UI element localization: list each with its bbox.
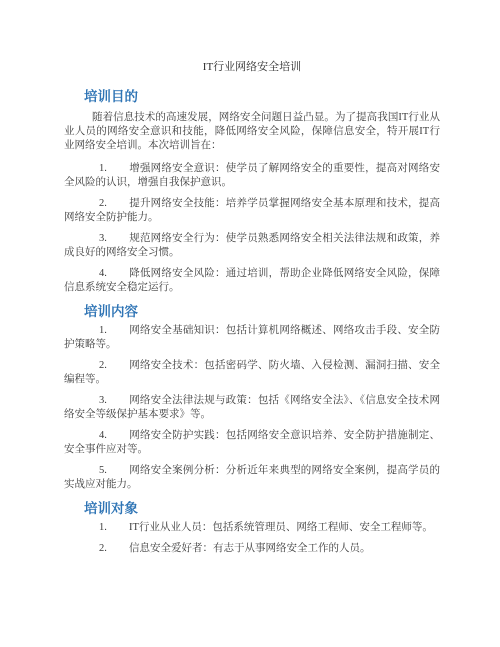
- document-title: IT行业网络安全培训: [64, 60, 440, 74]
- list-item: 2.提升网络安全技能：培养学员掌握网络安全基本原理和技术，提高网络安全防护能力。: [64, 197, 440, 225]
- intro-paragraph: 随着信息技术的高速发展，网络安全问题日益凸显。为了提高我国IT行业从业人员的网络…: [64, 111, 440, 153]
- list-number: 3.: [99, 394, 129, 408]
- list-number: 4.: [99, 429, 129, 443]
- list-item: 4.网络安全防护实践：包括网络安全意识培养、安全防护措施制定、安全事件应对等。: [64, 429, 440, 457]
- section-heading-content: 培训内容: [84, 303, 440, 320]
- list-number: 5.: [99, 464, 129, 478]
- list-item: 2.信息安全爱好者：有志于从事网络安全工作的人员。: [64, 542, 440, 556]
- list-item: 2.网络安全技术：包括密码学、防火墙、入侵检测、漏洞扫描、安全编程等。: [64, 359, 440, 387]
- section-training-audience: 培训对象 1.IT行业从业人员：包括系统管理员、网络工程师、安全工程师等。 2.…: [64, 500, 440, 556]
- list-number: 1.: [99, 521, 129, 535]
- list-number: 1.: [99, 324, 129, 338]
- list-item: 3.规范网络安全行为：使学员熟悉网络安全相关法律法规和政策，养成良好的网络安全习…: [64, 232, 440, 260]
- list-number: 3.: [99, 232, 129, 246]
- list-number: 4.: [99, 267, 129, 281]
- list-item: 4.降低网络安全风险：通过培训，帮助企业降低网络安全风险，保障信息系统安全稳定运…: [64, 267, 440, 295]
- section-training-content: 培训内容 1.网络安全基础知识：包括计算机网络概述、网络攻击手段、安全防护策略等…: [64, 303, 440, 492]
- list-item: 1.增强网络安全意识：使学员了解网络安全的重要性，提高对网络安全风险的认识，增强…: [64, 162, 440, 190]
- list-item: 5.网络安全案例分析：分析近年来典型的网络安全案例，提高学员的实战应对能力。: [64, 464, 440, 492]
- list-item: 3.网络安全法律法规与政策：包括《网络安全法》、《信息安全技术网络安全等级保护基…: [64, 394, 440, 422]
- list-number: 2.: [99, 359, 129, 373]
- list-number: 2.: [99, 197, 129, 211]
- section-training-purpose: 培训目的 随着信息技术的高速发展，网络安全问题日益凸显。为了提高我国IT行业从业…: [64, 88, 440, 295]
- list-item: 1.IT行业从业人员：包括系统管理员、网络工程师、安全工程师等。: [64, 521, 440, 535]
- document-page: IT行业网络安全培训 培训目的 随着信息技术的高速发展，网络安全问题日益凸显。为…: [0, 0, 500, 647]
- list-item-text: IT行业从业人员：包括系统管理员、网络工程师、安全工程师等。: [129, 522, 433, 533]
- list-item: 1.网络安全基础知识：包括计算机网络概述、网络攻击手段、安全防护策略等。: [64, 324, 440, 352]
- list-number: 1.: [99, 162, 129, 176]
- list-item-text: 信息安全爱好者：有志于从事网络安全工作的人员。: [129, 543, 371, 554]
- section-heading-purpose: 培训目的: [84, 88, 440, 105]
- section-heading-audience: 培训对象: [84, 500, 440, 517]
- list-number: 2.: [99, 542, 129, 556]
